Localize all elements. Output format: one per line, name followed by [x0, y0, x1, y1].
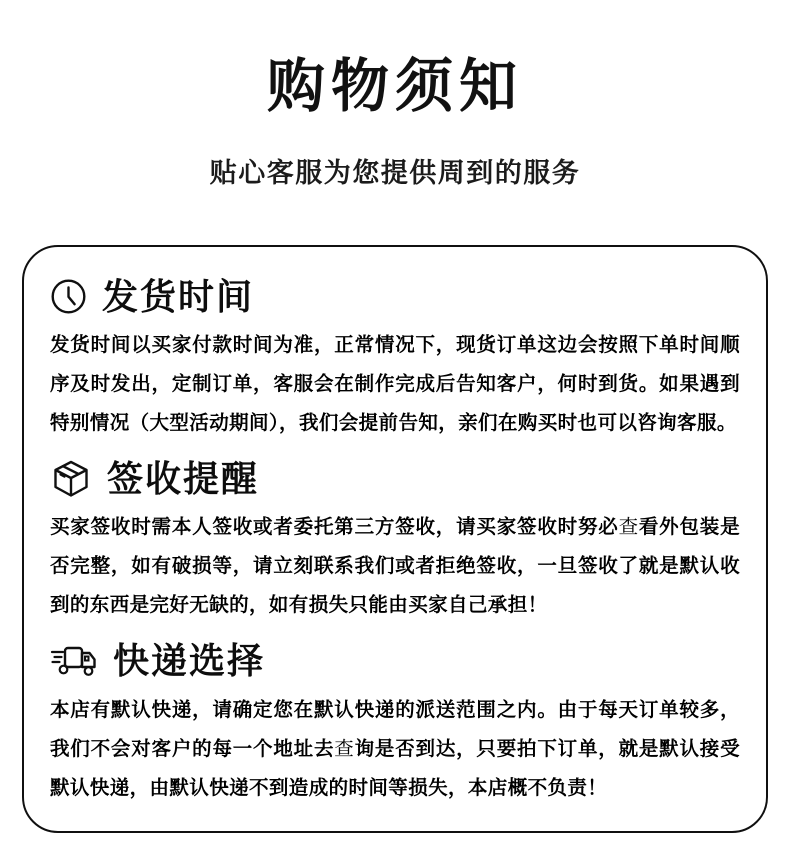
shopping-notice-page: 购物须知 贴心客服为您提供周到的服务 发货时间 发货时间以买家付款时间为准，正常… [0, 0, 790, 858]
section-heading: 签收提醒 [107, 457, 259, 500]
section-body: 买家签收时需本人签收或者委托第三方签收，请买家签收时努必查看外包装是否完整，如有… [50, 508, 740, 625]
section-body: 发货时间以买家付款时间为准，正常情况下，现货订单这边会按照下单时间顺序及时发出，… [50, 326, 740, 443]
page-subtitle: 贴心客服为您提供周到的服务 [0, 157, 790, 189]
section-express-choice: 快递选择 本店有默认快递，请确定您在默认快递的派送范围之内。由于每天订单较多，我… [50, 639, 740, 807]
truck-icon [50, 642, 98, 680]
section-heading: 发货时间 [102, 275, 254, 318]
section-sign-reminder: 签收提醒 买家签收时需本人签收或者委托第三方签收，请买家签收时努必查看外包装是否… [50, 457, 740, 625]
section-sign-reminder-heading-row: 签收提醒 [50, 457, 740, 500]
package-icon [50, 459, 92, 499]
notice-card: 发货时间 发货时间以买家付款时间为准，正常情况下，现货订单这边会按照下单时间顺序… [22, 245, 768, 833]
section-shipping-time: 发货时间 发货时间以买家付款时间为准，正常情况下，现货订单这边会按照下单时间顺序… [50, 275, 740, 443]
page-title: 购物须知 [0, 54, 790, 121]
section-body: 本店有默认快递，请确定您在默认快递的派送范围之内。由于每天订单较多，我们不会对客… [50, 691, 740, 808]
section-shipping-time-heading-row: 发货时间 [50, 275, 740, 318]
section-express-choice-heading-row: 快递选择 [50, 639, 740, 682]
section-heading: 快递选择 [113, 639, 265, 682]
clock-icon [50, 278, 87, 315]
